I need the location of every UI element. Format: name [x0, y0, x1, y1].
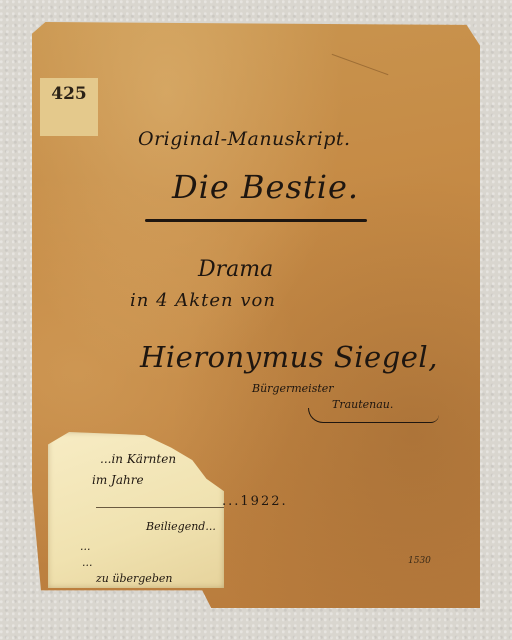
title-underline	[145, 219, 367, 222]
author-role: Bürgermeister	[252, 382, 334, 395]
note-line: im Jahre	[92, 473, 144, 487]
manuscript-title: Die Bestie.	[172, 168, 359, 206]
catalog-number: 425	[51, 84, 87, 104]
genre-text: Drama	[198, 257, 273, 282]
note-line: ...1922.	[222, 494, 288, 509]
catalog-label: 425	[40, 78, 98, 136]
manuscript-heading: Original-Manuskript.	[138, 128, 351, 150]
archive-number: 1530	[408, 556, 431, 566]
note-line: ...in Kärnten	[100, 452, 176, 466]
note-divider	[96, 507, 224, 508]
note-line: ...	[82, 556, 93, 569]
note-line: ...	[80, 540, 91, 553]
place-flourish	[308, 408, 439, 423]
acts-text: in 4 Akten von	[130, 290, 276, 311]
note-line: zu übergeben	[96, 572, 172, 585]
author-name: Hieronymus Siegel,	[140, 340, 438, 374]
note-line: Beiliegend...	[146, 520, 216, 533]
